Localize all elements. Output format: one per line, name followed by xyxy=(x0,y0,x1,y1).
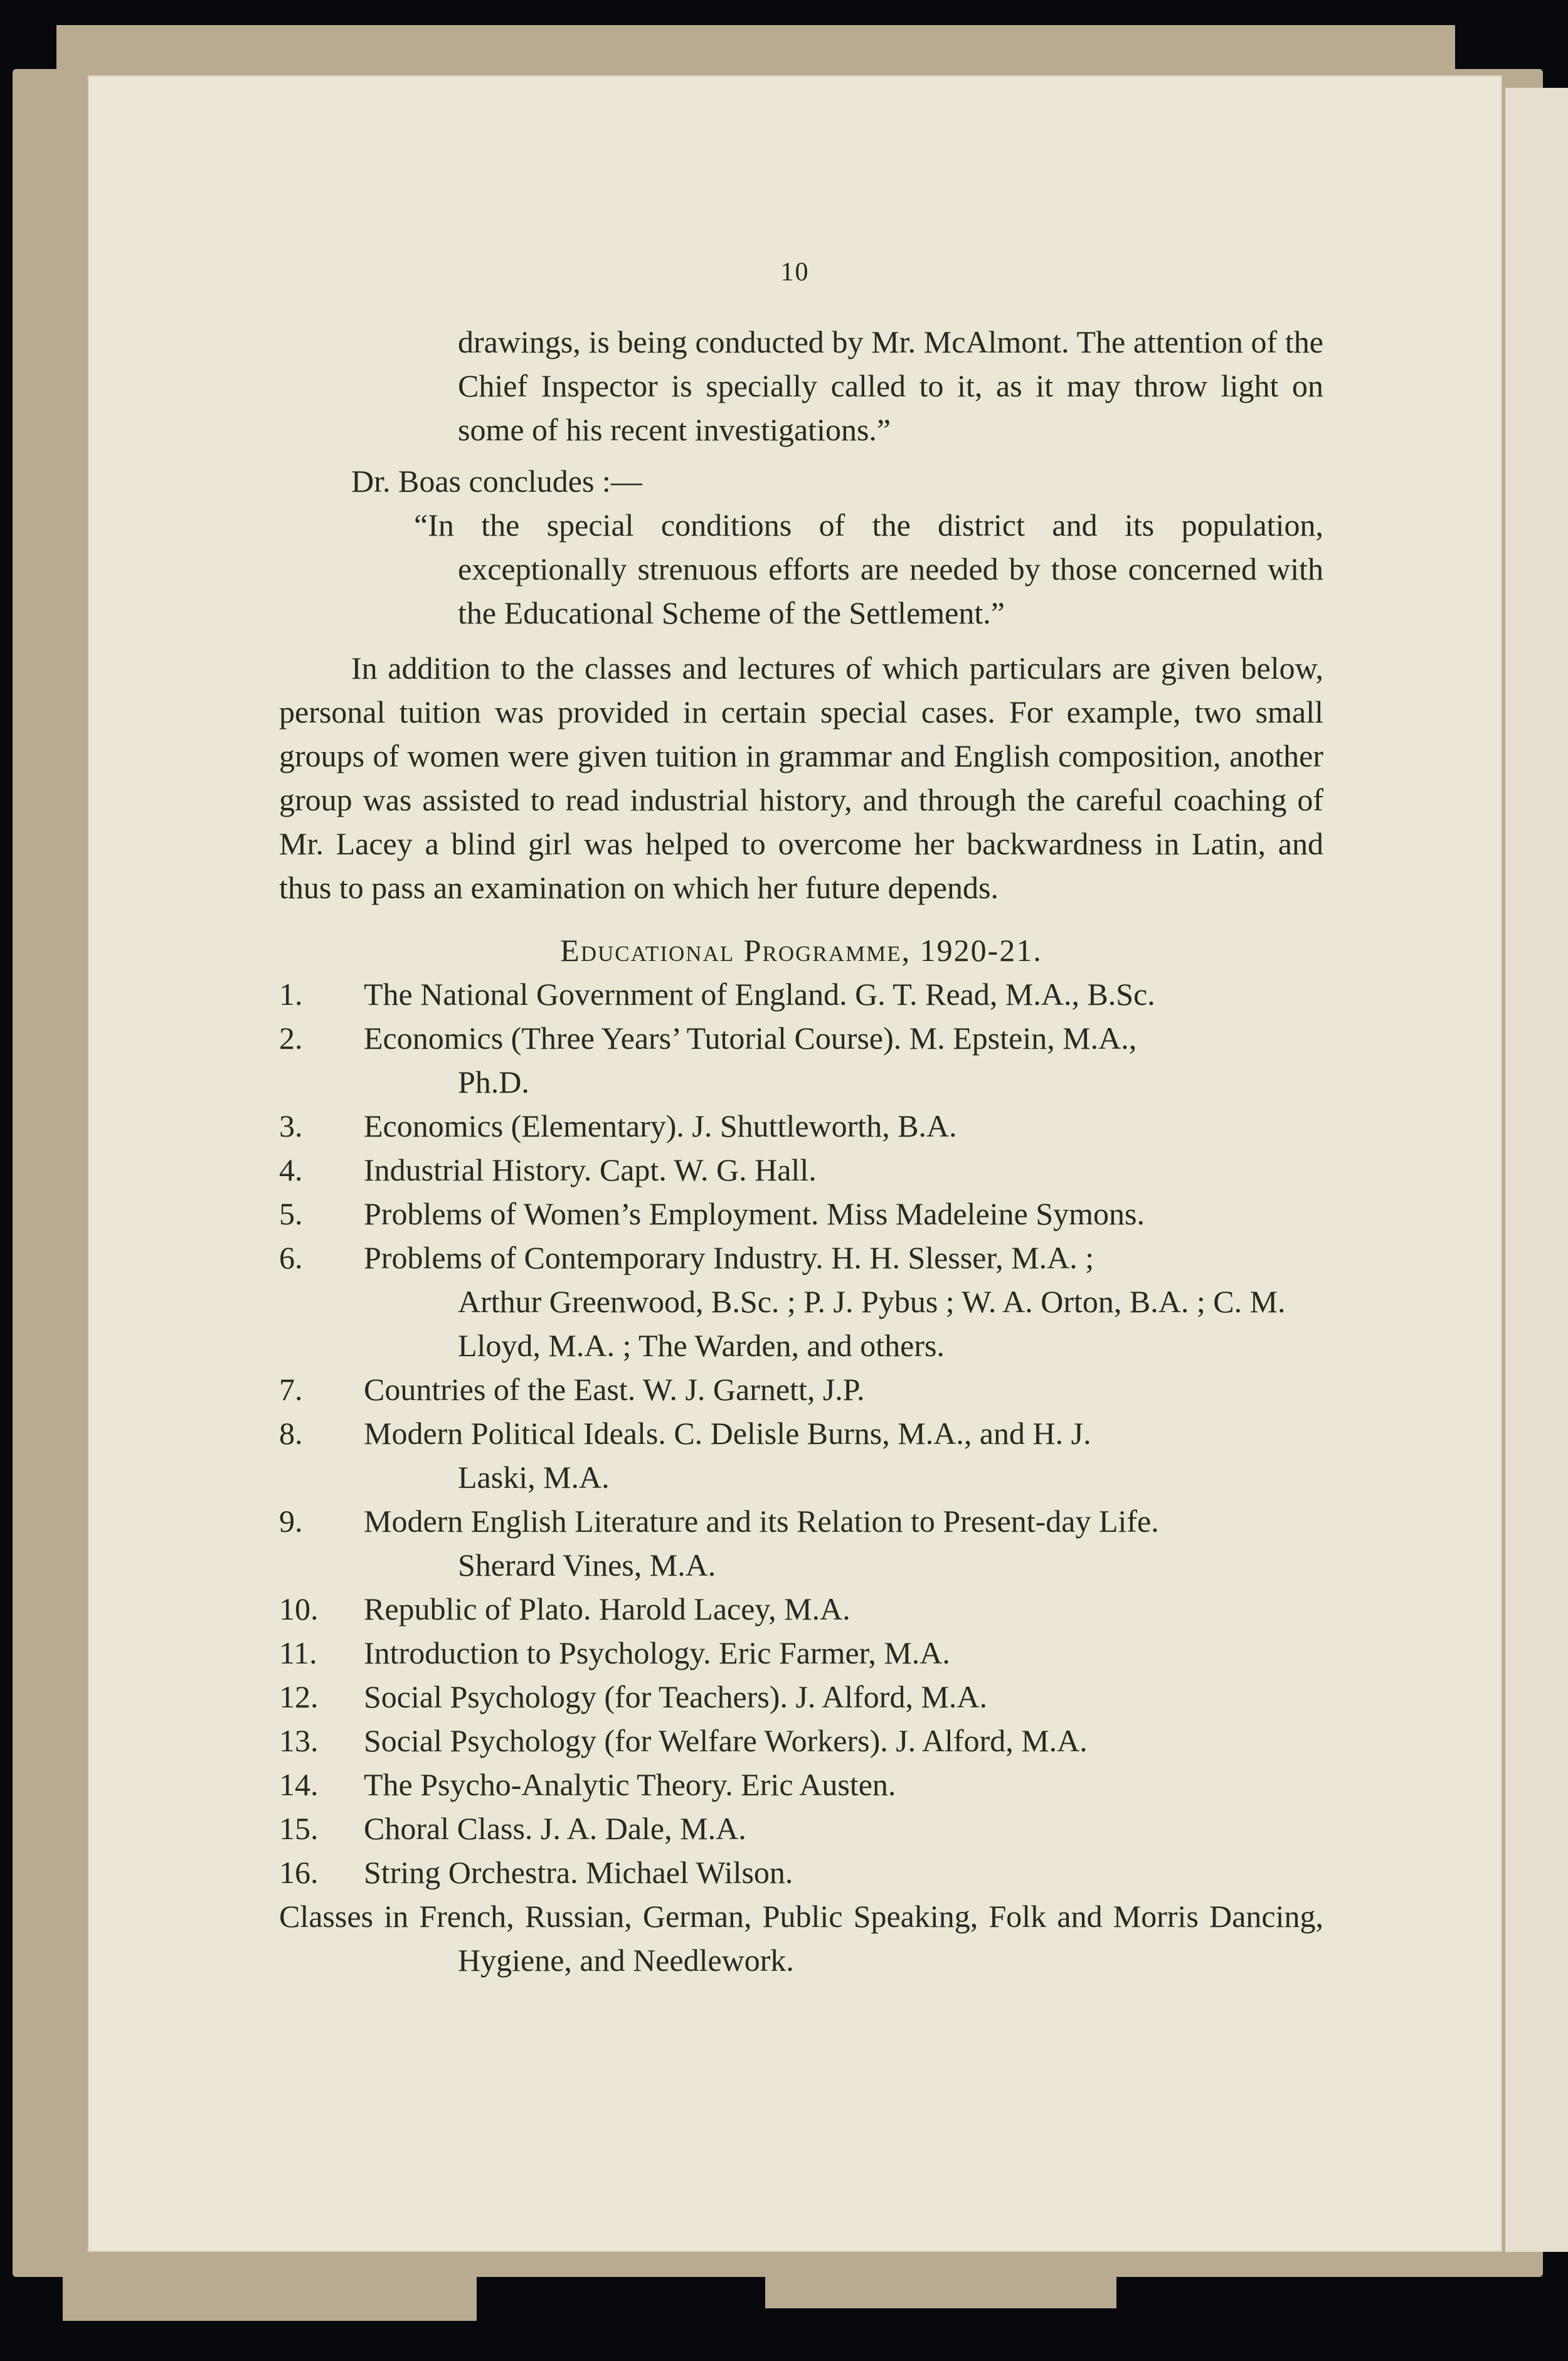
item-text: Countries of the East. W. J. Garnett, J.… xyxy=(364,1367,1323,1411)
list-item: 6.Problems of Contemporary Industry. H. … xyxy=(279,1236,1323,1367)
item-continuation: Laski, M.A. xyxy=(364,1455,1323,1499)
list-item: 14.The Psycho-Analytic Theory. Eric Aust… xyxy=(279,1763,1323,1807)
item-text: Problems of Women’s Employment. Miss Mad… xyxy=(364,1192,1323,1236)
item-number: 12. xyxy=(279,1675,364,1719)
item-number: 7. xyxy=(279,1367,364,1411)
item-number: 14. xyxy=(279,1763,364,1807)
item-text: Republic of Plato. Harold Lacey, M.A. xyxy=(364,1587,1323,1631)
list-item: 4.Industrial History. Capt. W. G. Hall. xyxy=(279,1148,1323,1192)
item-number: 8. xyxy=(279,1411,364,1499)
item-text: Introduction to Psychology. Eric Farmer,… xyxy=(364,1631,1323,1675)
item-number: 2. xyxy=(279,1016,364,1104)
list-item: 12.Social Psychology (for Teachers). J. … xyxy=(279,1675,1323,1719)
list-item: 10.Republic of Plato. Harold Lacey, M.A. xyxy=(279,1587,1323,1631)
continued-quote: drawings, is being conducted by Mr. McAl… xyxy=(279,320,1323,452)
torn-cover-bottom-fragment xyxy=(63,2271,477,2321)
item-number: 9. xyxy=(279,1499,364,1587)
item-text: Industrial History. Capt. W. G. Hall. xyxy=(364,1148,1323,1192)
item-text: Choral Class. J. A. Dale, M.A. xyxy=(364,1807,1323,1850)
next-page-edge xyxy=(1505,88,1568,2252)
tuition-paragraph: In addition to the classes and lectures … xyxy=(279,646,1323,910)
list-item: 16.String Orchestra. Michael Wilson. xyxy=(279,1850,1323,1894)
item-number: 11. xyxy=(279,1631,364,1675)
item-text: The Psycho-Analytic Theory. Eric Austen. xyxy=(364,1763,1323,1807)
page-text: drawings, is being conducted by Mr. McAl… xyxy=(279,320,1323,1982)
list-item: 3.Economics (Elementary). J. Shuttlewort… xyxy=(279,1104,1323,1148)
item-text: Modern Political Ideals. C. Delisle Burn… xyxy=(364,1411,1323,1455)
other-classes-note: Classes in French, Russian, German, Publ… xyxy=(279,1894,1323,1982)
list-item: 11.Introduction to Psychology. Eric Farm… xyxy=(279,1631,1323,1675)
item-number: 5. xyxy=(279,1192,364,1236)
item-number: 4. xyxy=(279,1148,364,1192)
item-continuation: Sherard Vines, M.A. xyxy=(364,1543,1323,1587)
list-item: 7.Countries of the East. W. J. Garnett, … xyxy=(279,1367,1323,1411)
torn-cover-bottom-fragment xyxy=(765,2271,1116,2308)
boas-quote: “In the special conditions of the distri… xyxy=(279,503,1323,635)
item-text: Modern English Literature and its Relati… xyxy=(364,1499,1323,1543)
item-number: 3. xyxy=(279,1104,364,1148)
programme-heading: Educational Programme, 1920-21. xyxy=(279,928,1323,972)
programme-list: 1.The National Government of England. G.… xyxy=(279,972,1323,1894)
item-number: 15. xyxy=(279,1807,364,1850)
item-number: 16. xyxy=(279,1850,364,1894)
list-item: 5.Problems of Women’s Employment. Miss M… xyxy=(279,1192,1323,1236)
item-number: 6. xyxy=(279,1236,364,1367)
list-item: 13.Social Psychology (for Welfare Worker… xyxy=(279,1719,1323,1763)
item-text: Problems of Contemporary Industry. H. H.… xyxy=(364,1236,1323,1280)
page-number: 10 xyxy=(88,257,1502,287)
list-item: 9.Modern English Literature and its Rela… xyxy=(279,1499,1323,1587)
torn-cover-top-fragment xyxy=(56,25,1455,82)
item-text: String Orchestra. Michael Wilson. xyxy=(364,1850,1323,1894)
item-text: Social Psychology (for Teachers). J. Alf… xyxy=(364,1675,1323,1719)
list-item: 2.Economics (Three Years’ Tutorial Cours… xyxy=(279,1016,1323,1104)
item-text: Economics (Three Years’ Tutorial Course)… xyxy=(364,1016,1323,1060)
speaker-line: Dr. Boas concludes :— xyxy=(279,459,1323,503)
item-text: The National Government of England. G. T… xyxy=(364,972,1323,1016)
item-number: 13. xyxy=(279,1719,364,1763)
list-item: 15.Choral Class. J. A. Dale, M.A. xyxy=(279,1807,1323,1850)
item-text: Social Psychology (for Welfare Workers).… xyxy=(364,1719,1323,1763)
item-continuation: Ph.D. xyxy=(364,1060,1323,1104)
item-number: 1. xyxy=(279,972,364,1016)
list-item: 1.The National Government of England. G.… xyxy=(279,972,1323,1016)
item-text: Economics (Elementary). J. Shuttleworth,… xyxy=(364,1104,1323,1148)
item-number: 10. xyxy=(279,1587,364,1631)
item-continuation: Arthur Greenwood, B.Sc. ; P. J. Pybus ; … xyxy=(364,1280,1323,1367)
list-item: 8.Modern Political Ideals. C. Delisle Bu… xyxy=(279,1411,1323,1499)
